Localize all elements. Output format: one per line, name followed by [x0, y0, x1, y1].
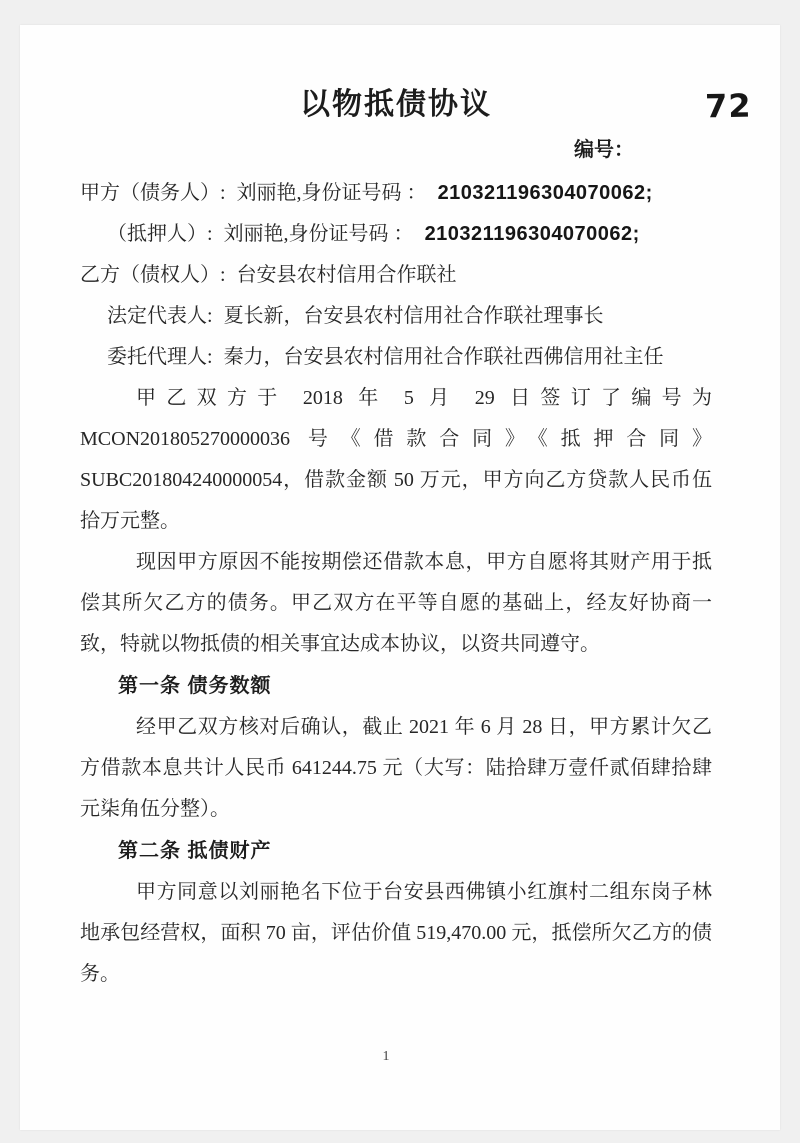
agent-name: 秦力，台安县农村信用社合作联社西佛信用社主任: [224, 346, 664, 368]
article2-heading: 第二条 抵债财产: [80, 830, 712, 872]
mortgagor-id-number: 210321196304070062;: [425, 223, 640, 245]
handwritten-corner-number: 72: [705, 87, 752, 126]
article1-text: 经甲乙双方核对后确认，截止 2021 年 6 月 28 日，甲方累计欠乙方借款本…: [80, 707, 712, 830]
mortgagor-name: 刘丽艳,身份证号码 ：: [224, 223, 414, 245]
agent-line: 委托代理人:秦力，台安县农村信用社合作联社西佛信用社主任: [80, 337, 712, 378]
footer-page-number: 1: [20, 1049, 752, 1065]
document-number-label: 编号：: [80, 127, 712, 173]
mortgagor-label: （抵押人）:: [107, 223, 213, 245]
party-a-id-number: 210321196304070062;: [438, 182, 653, 204]
agent-label: 委托代理人:: [107, 346, 213, 368]
document-title: 以物抵债协议: [80, 83, 712, 127]
page-content: 以物抵债协议 编号： 甲方（债务人）:刘丽艳,身份证号码 ：2103211963…: [80, 25, 712, 995]
party-a-name: 刘丽艳,身份证号码 ：: [237, 182, 427, 204]
party-a-line: 甲方（债务人）:刘丽艳,身份证号码 ：210321196304070062;: [80, 173, 712, 214]
mortgagor-line: （抵押人）:刘丽艳,身份证号码 ：210321196304070062;: [80, 214, 712, 255]
loan-contract-paragraph: 甲乙双方于 2018 年 5 月 29 日签订了编号为 MCON20180527…: [80, 378, 712, 542]
party-b-label: 乙方（债权人）:: [80, 264, 226, 286]
article1-heading: 第一条 债务数额: [80, 665, 712, 707]
article2-text: 甲方同意以刘丽艳名下位于台安县西佛镇小红旗村二组东岗子林地承包经营权，面积 70…: [80, 872, 712, 995]
legal-rep-name: 夏长新，台安县农村信用社合作联社理事长: [224, 305, 604, 327]
scan-background: 72 以物抵债协议 编号： 甲方（债务人）:刘丽艳,身份证号码 ：2103211…: [0, 0, 800, 1143]
legal-rep-label: 法定代表人:: [107, 305, 213, 327]
party-a-label: 甲方（债务人）:: [80, 182, 226, 204]
party-b-line: 乙方（债权人）:台安县农村信用合作联社: [80, 255, 712, 296]
legal-rep-line: 法定代表人:夏长新，台安县农村信用社合作联社理事长: [80, 296, 712, 337]
document-page: 72 以物抵债协议 编号： 甲方（债务人）:刘丽艳,身份证号码 ：2103211…: [20, 25, 780, 1130]
party-b-name: 台安县农村信用合作联社: [237, 264, 457, 286]
document-body: 甲方（债务人）:刘丽艳,身份证号码 ：210321196304070062; （…: [80, 173, 712, 995]
reason-paragraph: 现因甲方原因不能按期偿还借款本息，甲方自愿将其财产用于抵偿其所欠乙方的债务。甲乙…: [80, 542, 712, 665]
